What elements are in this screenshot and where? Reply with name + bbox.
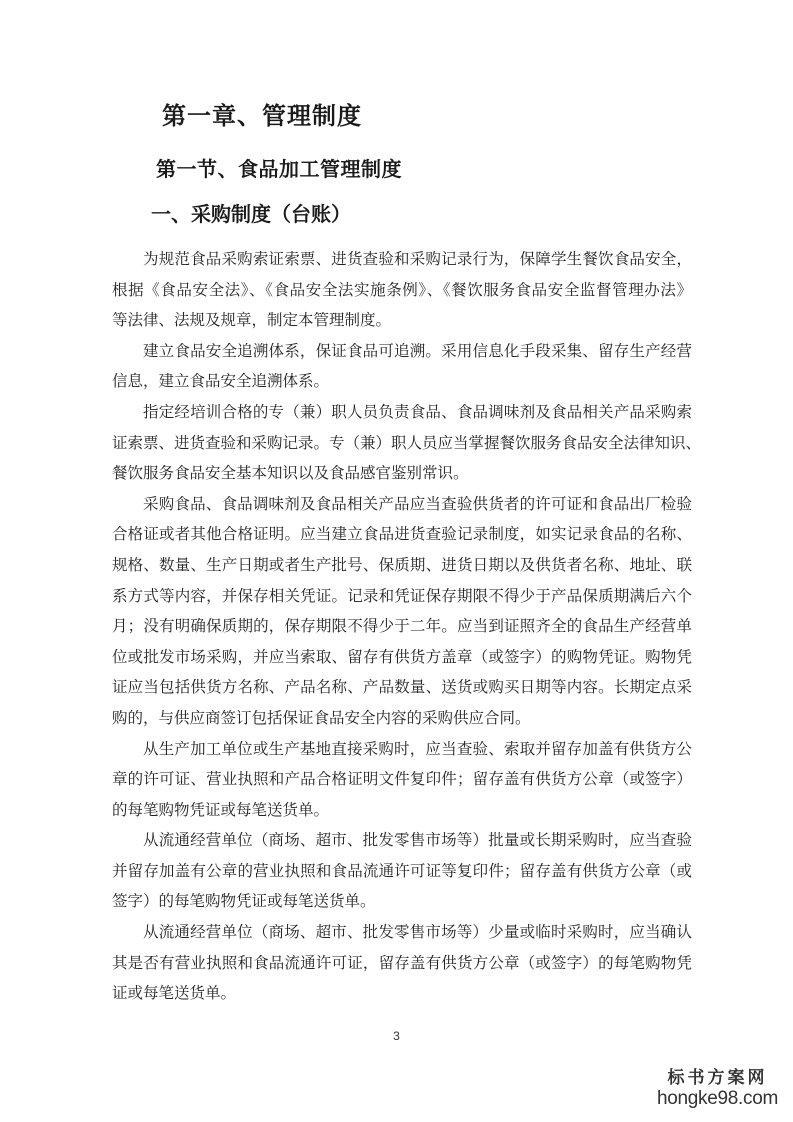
text-line: 章的许可证、营业执照和产品合格证明文件复印件；留存盖有供货方公章（或签字）	[112, 764, 692, 795]
text-line: 采购食品、食品调味剂及食品相关产品应当查验供货者的许可证和食品出厂检验	[112, 489, 692, 520]
paragraph-purpose: 为规范食品采购索证索票、进货查验和采购记录行为，保障学生餐饮食品安全， 根据《食…	[112, 244, 692, 336]
text-line: 信息，建立食品安全追溯体系。	[112, 366, 692, 397]
watermark-chinese-text: 标书方案网	[655, 1068, 780, 1088]
watermark-domain-text: hongke98.com	[655, 1088, 780, 1110]
chapter-title: 第一章、管理制度	[162, 99, 362, 133]
paragraph-bulk-purchase: 从流通经营单位（商场、超市、批发零售市场等）批量或长期采购时，应当查验 并留存加…	[112, 825, 692, 917]
text-line: 证应当包括供货方名称、产品名称、产品数量、送货或购买日期等内容。长期定点采	[112, 672, 692, 703]
text-line: 位或批发市场采购，并应当索取、留存有供货方盖章（或签字）的购物凭证。购物凭	[112, 642, 692, 673]
text-line: 规格、数量、生产日期或者生产批号、保质期、进货日期以及供货者名称、地址、联	[112, 550, 692, 581]
document-page: 第一章、管理制度 第一节、食品加工管理制度 一、采购制度（台账） 为规范食品采购…	[0, 0, 793, 1122]
text-line: 证或每笔送货单。	[112, 978, 692, 1009]
text-line: 根据《食品安全法》、《食品安全法实施条例》、《餐饮服务食品安全监督管理办法》	[112, 275, 692, 306]
text-line: 系方式等内容，并保存相关凭证。记录和凭证保存期限不得少于产品保质期满后六个	[112, 581, 692, 612]
text-line: 的每笔购物凭证或每笔送货单。	[112, 795, 692, 826]
watermark: 标书方案网 hongke98.com	[655, 1068, 780, 1110]
paragraph-purchase-inspection: 采购食品、食品调味剂及食品相关产品应当查验供货者的许可证和食品出厂检验 合格证或…	[112, 489, 692, 734]
text-line: 从生产加工单位或生产基地直接采购时，应当查验、索取并留存加盖有供货方公	[112, 734, 692, 765]
text-line: 月；没有明确保质期的，保存期限不得少于二年。应当到证照齐全的食品生产经营单	[112, 611, 692, 642]
text-line: 合格证或者其他合格证明。应当建立食品进货查验记录制度，如实记录食品的名称、	[112, 519, 692, 550]
text-line: 签字）的每笔购物凭证或每笔送货单。	[112, 886, 692, 917]
text-line: 建立食品安全追溯体系，保证食品可追溯。采用信息化手段采集、留存生产经营	[112, 336, 692, 367]
text-line: 为规范食品采购索证索票、进货查验和采购记录行为，保障学生餐饮食品安全，	[112, 244, 692, 275]
page-number: 3	[0, 1029, 793, 1043]
text-line: 其是否有营业执照和食品流通许可证，留存盖有供货方公章（或签字）的每笔购物凭	[112, 948, 692, 979]
paragraph-small-purchase: 从流通经营单位（商场、超市、批发零售市场等）少量或临时采购时，应当确认 其是否有…	[112, 917, 692, 1009]
body-text: 为规范食品采购索证索票、进货查验和采购记录行为，保障学生餐饮食品安全， 根据《食…	[112, 244, 692, 1009]
paragraph-direct-purchase: 从生产加工单位或生产基地直接采购时，应当查验、索取并留存加盖有供货方公 章的许可…	[112, 734, 692, 826]
paragraph-traceability: 建立食品安全追溯体系，保证食品可追溯。采用信息化手段采集、留存生产经营 信息，建…	[112, 336, 692, 397]
subsection-title: 一、采购制度（台账）	[151, 199, 351, 229]
text-line: 购的，与供应商签订包括保证食品安全内容的采购供应合同。	[112, 703, 692, 734]
text-line: 餐饮服务食品安全基本知识以及食品感官鉴别常识。	[112, 458, 692, 489]
text-line: 从流通经营单位（商场、超市、批发零售市场等）少量或临时采购时，应当确认	[112, 917, 692, 948]
paragraph-designated-staff: 指定经培训合格的专（兼）职人员负责食品、食品调味剂及食品相关产品采购索 证索票、…	[112, 397, 692, 489]
section-title: 第一节、食品加工管理制度	[156, 154, 402, 184]
text-line: 等法律、法规及规章，制定本管理制度。	[112, 305, 692, 336]
text-line: 从流通经营单位（商场、超市、批发零售市场等）批量或长期采购时，应当查验	[112, 825, 692, 856]
text-line: 指定经培训合格的专（兼）职人员负责食品、食品调味剂及食品相关产品采购索	[112, 397, 692, 428]
text-line: 并留存加盖有公章的营业执照和食品流通许可证等复印件；留存盖有供货方公章（或	[112, 856, 692, 887]
text-line: 证索票、进货查验和采购记录。专（兼）职人员应当掌握餐饮服务食品安全法律知识、	[112, 428, 692, 459]
